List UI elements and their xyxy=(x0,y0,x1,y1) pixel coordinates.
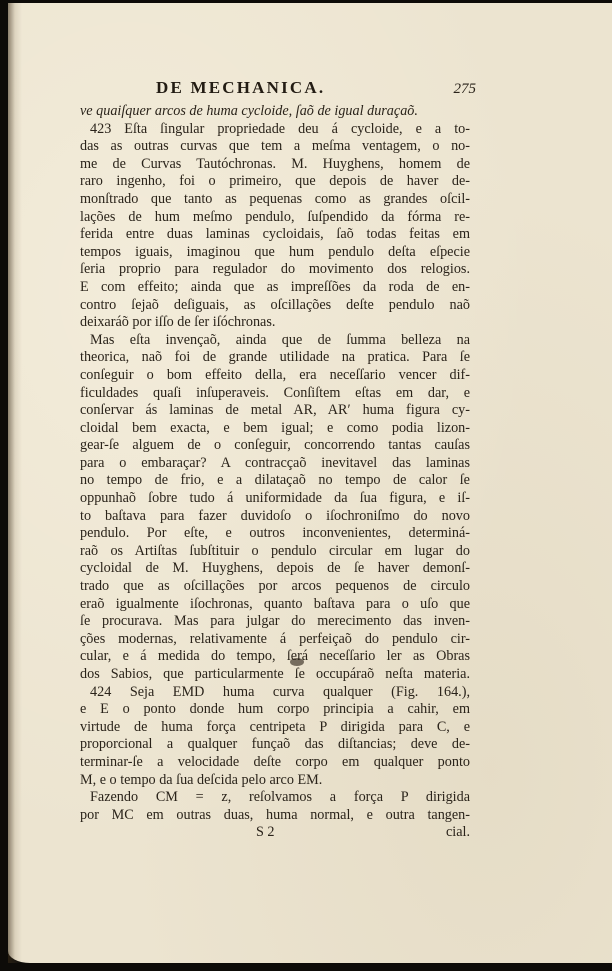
page-number: 275 xyxy=(454,81,477,99)
text-line: virtude de huma força centripeta P dirig… xyxy=(80,719,470,737)
signature-mark: S 2 xyxy=(256,824,275,842)
text-line: cular, e á medida do tempo, ſerá neceſſa… xyxy=(80,648,470,666)
text-line: no tempo de frio, e a dilataçaõ no tempo… xyxy=(80,472,470,490)
running-head: DE MECHANICA. 275 xyxy=(80,73,470,103)
running-head-title: DE MECHANICA. xyxy=(156,79,325,97)
paragraph-start: Fazendo CM = z, reſolvamos a força P dir… xyxy=(80,789,470,807)
text-line: terminar-ſe a velocidade deſte corpo em … xyxy=(80,754,470,772)
text-line: raro ingenho, foi o primeiro, que depois… xyxy=(80,173,470,191)
paragraph-424-start: 424 Seja EMD huma curva qualquer (Fig. 1… xyxy=(80,684,470,702)
text-line: eraõ igualmente iſochronas, quanto baſta… xyxy=(80,596,470,614)
text-line: ficuldades quaſi inſuperaveis. Conſiſtem… xyxy=(80,385,470,403)
text-line: ções modernas, relativamente á perfeiçaõ… xyxy=(80,631,470,649)
text-line: ſeria proprio para regulador do moviment… xyxy=(80,261,470,279)
text-line: to baſtava para fazer duvidoſo o iſochro… xyxy=(80,508,470,526)
ink-blot xyxy=(290,658,304,666)
text-line: cloidal bem exacta, e bem igual; e como … xyxy=(80,420,470,438)
text-line: tempos iguais, imaginou que hum pendulo … xyxy=(80,244,470,262)
text-line: por MC em outras duas, huma normal, e ou… xyxy=(80,807,470,825)
text-line: para o embaraçar? A contracçaõ inevitave… xyxy=(80,455,470,473)
text-line: deixaráõ por iſſo de ſer iſóchronas. xyxy=(80,314,470,332)
catchword: cial. xyxy=(446,824,470,842)
text-block: DE MECHANICA. 275 ve quaiſquer arcos de … xyxy=(80,73,470,842)
text-line: ferida entre duas laminas cycloidais, ſa… xyxy=(80,226,470,244)
text-line: proporcional a qualquer funçaõ das diſta… xyxy=(80,736,470,754)
text-line: dos Sabios, que particularmente ſe occup… xyxy=(80,666,470,684)
text-line: conſervar ás laminas de metal AR, AR′ hu… xyxy=(80,402,470,420)
paragraph-423-start: 423 Eſta ſingular propriedade deu á cycl… xyxy=(80,121,470,139)
paragraph-start: Mas eſta invençaõ, ainda que de ſumma be… xyxy=(80,332,470,350)
text-line: conſeguir o bom effeito della, era neceſ… xyxy=(80,367,470,385)
text-line: M, e o tempo da ſua deſcida pelo arco EM… xyxy=(80,772,470,790)
scanned-book-page: DE MECHANICA. 275 ve quaiſquer arcos de … xyxy=(0,0,612,971)
text-line: gear-ſe alguem de o conſeguir, concorren… xyxy=(80,437,470,455)
text-line: ſe procurava. Mas para julgar do merecim… xyxy=(80,613,470,631)
text-line: cycloidal de M. Huyghens, depois de ſe h… xyxy=(80,560,470,578)
text-line: e E o ponto donde hum corpo principia a … xyxy=(80,701,470,719)
text-line: theorica, naõ foi de grande utilidade na… xyxy=(80,349,470,367)
text-line: contro ſejaõ deſiguais, as oſcillações d… xyxy=(80,297,470,315)
text-line: monſtrado que tanto as pequenas como as … xyxy=(80,191,470,209)
text-line: pendulo. Por eſte, e outros inconvenient… xyxy=(80,525,470,543)
text-line: E com effeito; ainda que as impreſſões d… xyxy=(80,279,470,297)
gutter-shadow xyxy=(8,3,22,963)
text-line: lações de hum meſmo pendulo, ſuſpendido … xyxy=(80,209,470,227)
text-line: trado que as oſcillações por arcos peque… xyxy=(80,578,470,596)
text-line: me de Curvas Tautóchronas. M. Huyghens, … xyxy=(80,156,470,174)
text-line: ve quaiſquer arcos de huma cycloide, ſaõ… xyxy=(80,103,470,121)
text-line: oppunhaõ ſobre tudo á uniformidade da ſu… xyxy=(80,490,470,508)
text-line: raõ os Artiſtas ſubſtituir o pendulo cir… xyxy=(80,543,470,561)
paper-leaf: DE MECHANICA. 275 ve quaiſquer arcos de … xyxy=(8,3,612,963)
footer-line: S 2 cial. xyxy=(80,824,470,842)
text-line: das as outras curvas que tem a meſma ven… xyxy=(80,138,470,156)
